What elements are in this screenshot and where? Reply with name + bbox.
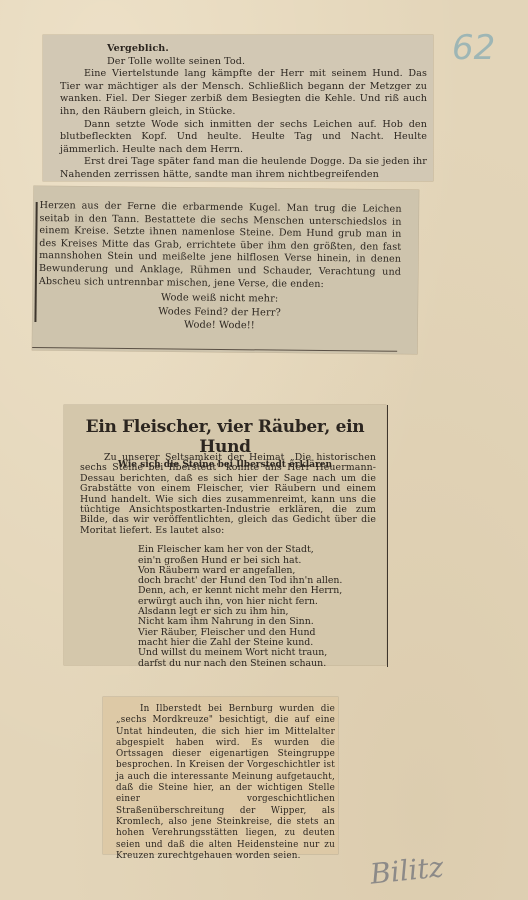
- newspaper-clipping-report: In Ilberstedt bei Bernburg wurden die „s…: [103, 697, 338, 854]
- story-paragraph: Eine Viertelstunde lang kämpfte der Herr…: [60, 68, 427, 118]
- story-title: Vergeblich.: [60, 43, 427, 56]
- newspaper-clipping-story-part-2: Herzen aus der Ferne die erbarmende Kuge…: [32, 186, 419, 354]
- story-paragraph: Herzen aus der Ferne die erbarmende Kuge…: [39, 200, 402, 292]
- newspaper-clipping-story-part-1: Vergeblich. Der Tolle wollte seinen Tod.…: [43, 35, 433, 181]
- article-headline: Ein Fleischer, vier Räuber, ein Hund: [64, 417, 386, 457]
- column-rule: [387, 405, 389, 667]
- poem-line: darfst du nur nach den Steinen schaun.: [138, 659, 376, 669]
- newspaper-clipping-article: Ein Fleischer, vier Räuber, ein Hund Wie…: [64, 405, 386, 665]
- poem-line: Ein Fleischer kam her von der Stadt,: [138, 545, 376, 555]
- handwritten-page-number: 62: [452, 28, 495, 68]
- handwritten-signature: Bilitz: [368, 850, 445, 890]
- article-poem: Ein Fleischer kam her von der Stadt, ein…: [138, 545, 376, 669]
- epitaph-verse: Wode weiß nicht mehr: Wodes Feind? der H…: [38, 290, 400, 334]
- bottom-rule: [32, 347, 397, 352]
- article-paragraph: Zu unserer Seltsamkeit der Heimat „Die h…: [80, 453, 376, 536]
- report-paragraph: In Ilberstedt bei Bernburg wurden die „s…: [116, 704, 335, 862]
- poem-line: Und willst du meinem Wort nicht traun,: [138, 648, 376, 658]
- story-paragraph: Dann setzte Wode sich inmitten der sechs…: [60, 119, 427, 157]
- story-paragraph: Der Tolle wollte seinen Tod.: [60, 56, 427, 69]
- column-rule: [34, 202, 37, 322]
- story-paragraph: Erst drei Tage später fand man die heule…: [60, 156, 427, 181]
- verse-line: Wode! Wode!!: [38, 317, 400, 334]
